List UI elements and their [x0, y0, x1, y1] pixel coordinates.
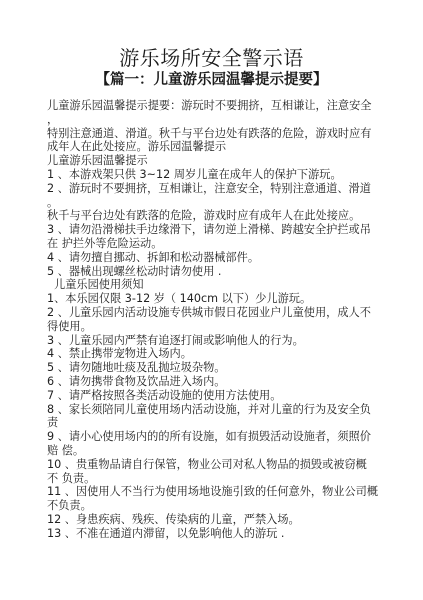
list-item: 1、本乐园仅限 3-12 岁（ 140cm 以下）少儿游玩。 [47, 292, 367, 306]
list-item: 5 、器械出现螺丝松动时请勿使用 . [47, 265, 367, 279]
list-item: 13 、不准在通道内滞留，以免影响他人的游玩 . [47, 527, 367, 541]
list-item: 3 、请勿沿滑梯扶手边缘滑下，请勿逆上滑梯、跨越安全护拦或吊 [47, 223, 367, 237]
text-line: 。 [47, 196, 367, 210]
list-item: 6 、请勿携带食物及饮品进入场内。 [47, 375, 367, 389]
list-item: 8 、家长须陪同儿童使用场内活动设施，并对儿童的行为及安全负 [47, 403, 367, 417]
list-item: 12 、身患疾病、残疾、传染病的儿童，严禁入场。 [47, 513, 367, 527]
list-item: 10 、贵重物品请自行保管，物业公司对私人物品的损毁或被窃概 [47, 458, 367, 472]
text-line: 责 [47, 416, 367, 430]
subsection-heading: 儿童游乐园温馨提示 [47, 154, 367, 168]
list-item: 4 、请勿擅自挪动、拆卸和松动器械部件。 [47, 251, 367, 265]
text-line: 在 护拦外等危险运动。 [47, 237, 367, 251]
list-item: 7 、请严格按照各类活动设施的使用方法使用。 [47, 389, 367, 403]
text-line: 得使用。 [47, 320, 367, 334]
document-page: 游乐场所安全警示语 【篇一：儿童游乐园温馨提示提要】 儿童游乐园温馨提示提要：游… [0, 0, 423, 600]
document-body: 儿童游乐园温馨提示提要：游玩时不要拥挤，互相谦让，注意安全 ， 特别注意通道、滑… [47, 99, 367, 541]
list-item: 2 、儿童乐园内活动设施专供城市假日花园业户儿童使用，成人不 [47, 306, 367, 320]
page-title: 游乐场所安全警示语 [0, 47, 423, 69]
list-item: 11 、因使用人不当行为使用场地设施引致的任何意外，物业公司概 [47, 485, 367, 499]
text-line: ， [47, 113, 367, 127]
list-item: 4 、禁止携带宠物进入场内。 [47, 347, 367, 361]
list-item: 1 、本游戏架只供 3~12 周岁儿童在成年人的保护下游玩。 [47, 168, 367, 182]
text-line: 儿童游乐园温馨提示提要：游玩时不要拥挤，互相谦让，注意安全 [47, 99, 367, 113]
subsection-heading: 儿童乐园使用须知 [47, 278, 367, 292]
text-line: 秋千与平台边处有跌落的危险，游戏时应有成年人在此处接应。 [47, 209, 367, 223]
text-line: 不 负责。 [47, 472, 367, 486]
list-item: 5 、请勿随地吐痰及乱抛垃圾杂物。 [47, 361, 367, 375]
list-item: 9 、请小心使用场内的的所有设施，如有损毁活动设施者，须照价 [47, 430, 367, 444]
section-heading: 【篇一：儿童游乐园温馨提示提要】 [0, 71, 423, 89]
text-line: 成年人在此处接应。游乐园温馨提示 [47, 140, 367, 154]
list-item: 3 、儿童乐园内严禁有追逐打闹或影响他人的行为。 [47, 334, 367, 348]
text-line: 特别注意通道、滑道。秋千与平台边处有跌落的危险，游戏时应有 [47, 127, 367, 141]
list-item: 2 、游玩时不要拥挤，互相谦让，注意安全，特别注意通道、滑道 [47, 182, 367, 196]
text-line: 不负责。 [47, 499, 367, 513]
text-line: 赔 偿。 [47, 444, 367, 458]
